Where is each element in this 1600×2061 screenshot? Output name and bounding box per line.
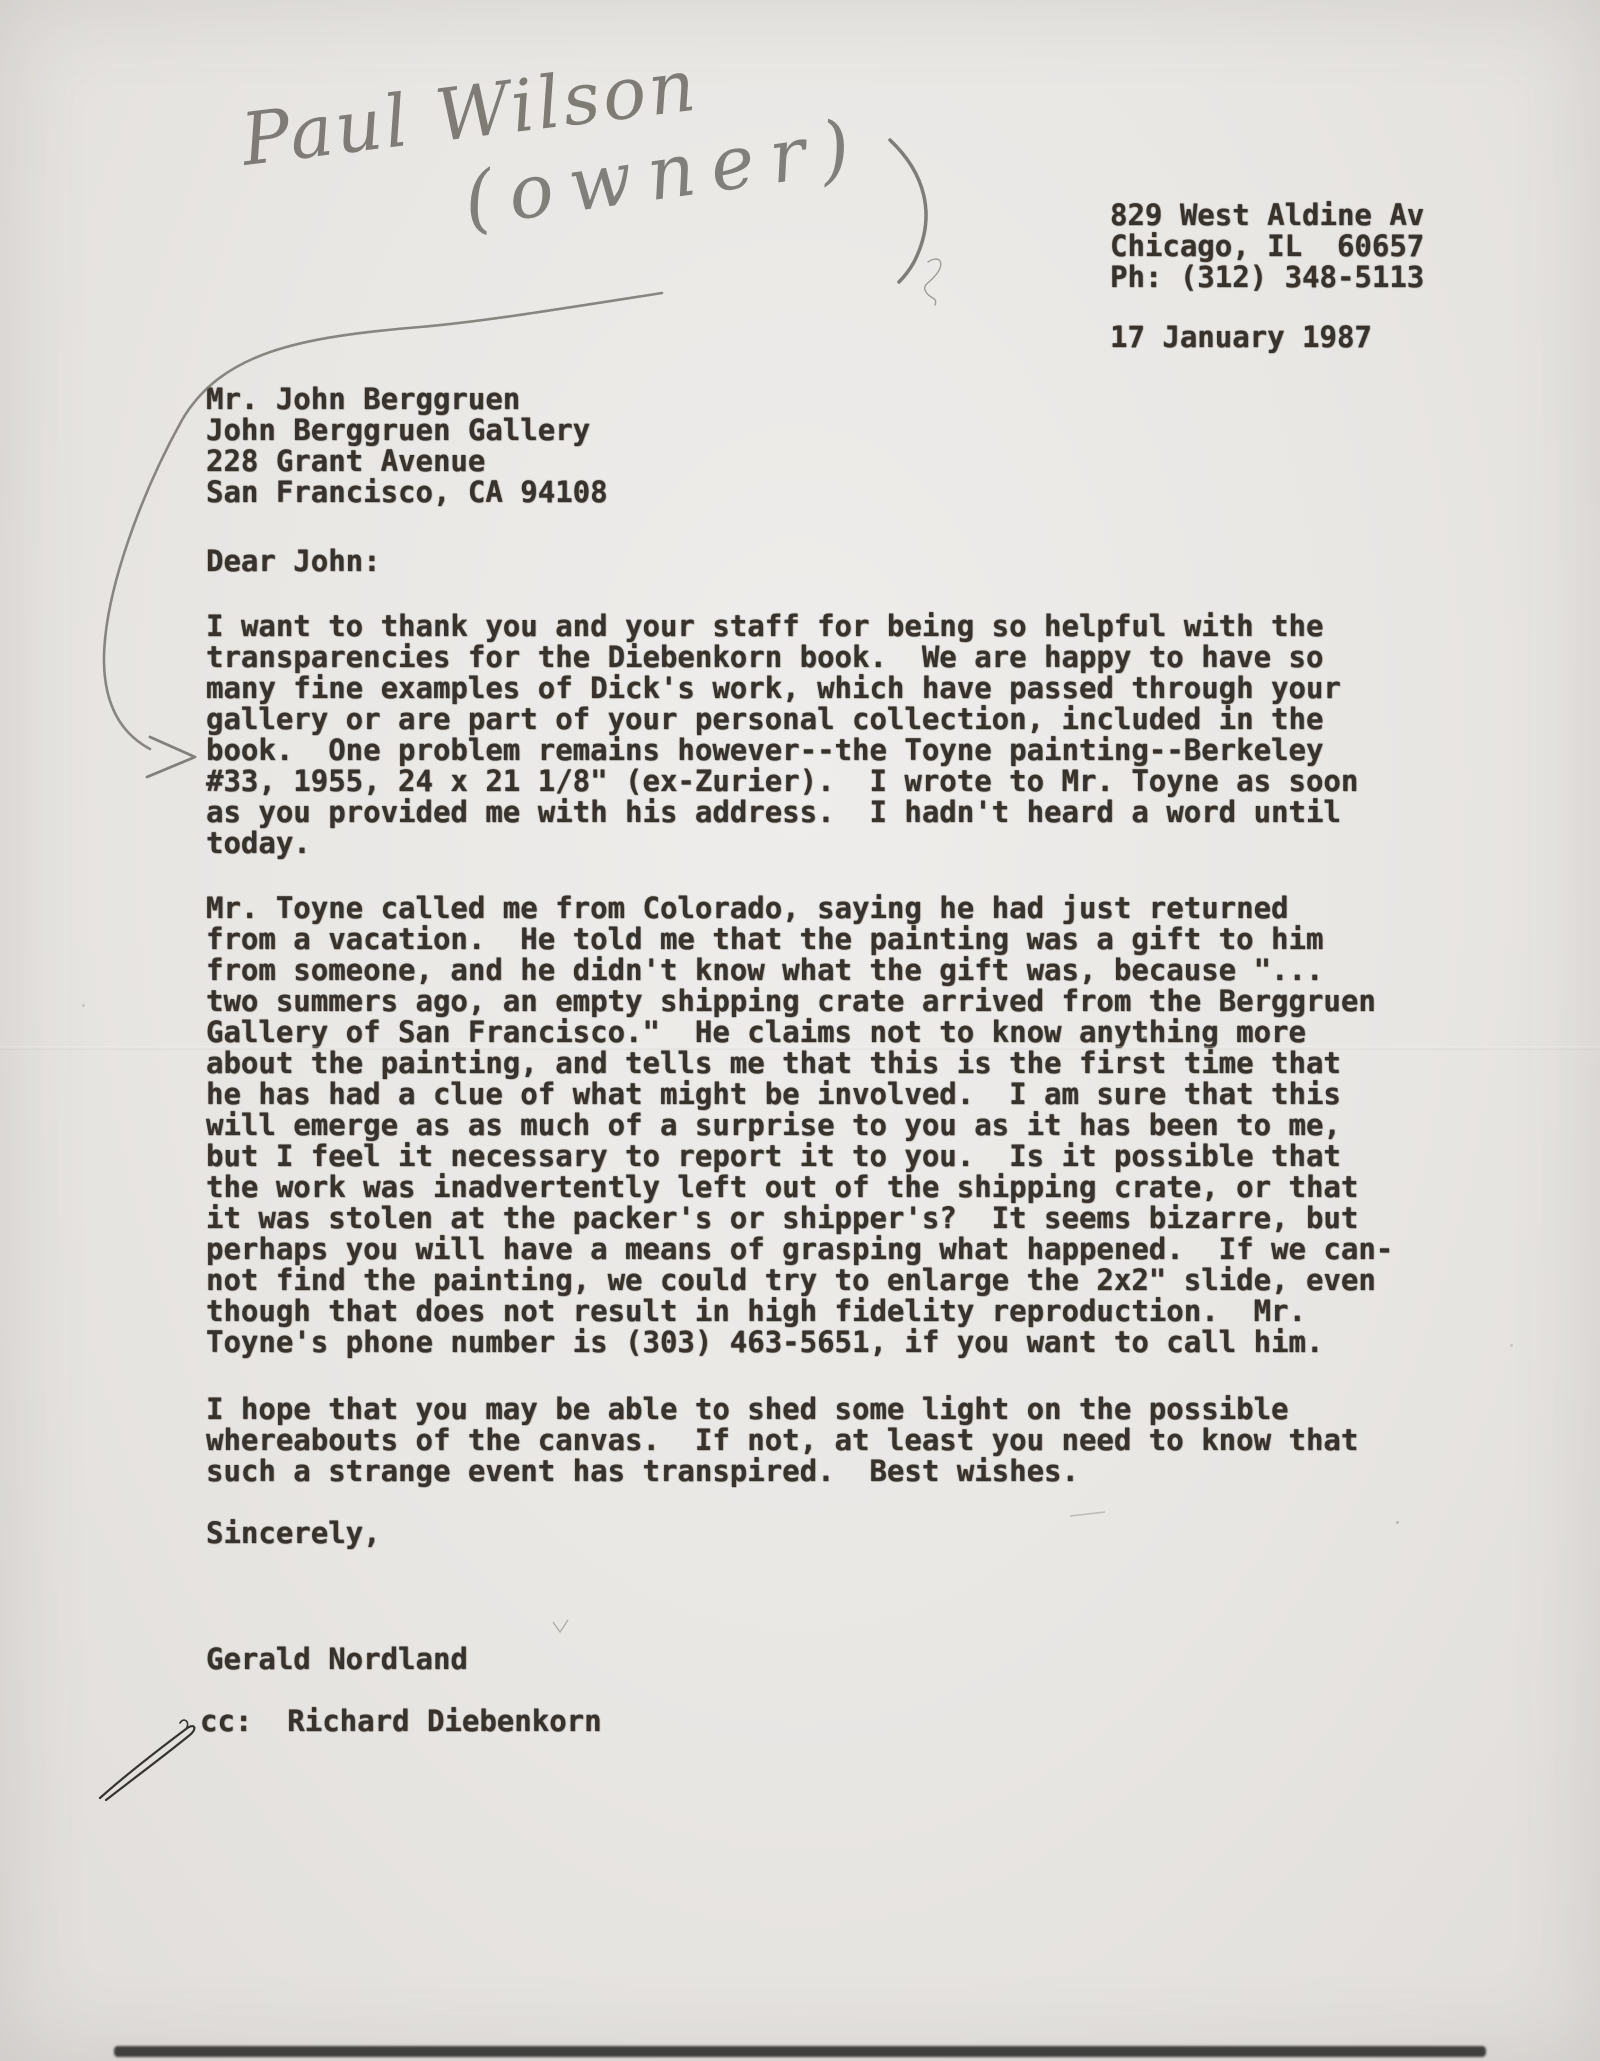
salutation: Dear John: (206, 546, 381, 577)
body-paragraph-1: I want to thank you and your staff for b… (206, 611, 1358, 859)
recipient-address-block: Mr. John Berggruen John Berggruen Galler… (206, 384, 608, 508)
closing: Sincerely, (206, 1518, 381, 1549)
pencil-stray-mark (553, 1620, 568, 1632)
pencil-stray-dash (1070, 1512, 1105, 1516)
paper-crease (0, 1046, 1600, 1050)
pen-checkmark (100, 1726, 194, 1800)
pencil-squiggle (925, 259, 941, 305)
sender-address-block: 829 West Aldine Av Chicago, IL 60657 Ph:… (1110, 200, 1424, 293)
body-paragraph-3: I hope that you may be able to shed some… (206, 1394, 1358, 1487)
pencil-paren-stroke (890, 140, 926, 282)
signature-name: Gerald Nordland (206, 1644, 468, 1675)
letter-page: 829 West Aldine Av Chicago, IL 60657 Ph:… (0, 0, 1600, 2061)
paper-speck (82, 1004, 85, 1007)
body-paragraph-2: Mr. Toyne called me from Colorado, sayin… (206, 893, 1393, 1358)
handwritten-owner: (owner) (459, 102, 872, 243)
cc-line: cc: Richard Diebenkorn (200, 1706, 602, 1737)
handwritten-name: Paul Wilson (235, 43, 703, 183)
scan-edge-strip (114, 2046, 1486, 2057)
pen-checkmark-curl (180, 1720, 188, 1729)
paper-speck (1510, 1344, 1513, 1347)
paper-speck (1396, 1521, 1399, 1524)
letter-date: 17 January 1987 (1110, 322, 1372, 353)
paper-speck (1143, 1036, 1147, 1040)
pencil-arrow (147, 737, 195, 777)
